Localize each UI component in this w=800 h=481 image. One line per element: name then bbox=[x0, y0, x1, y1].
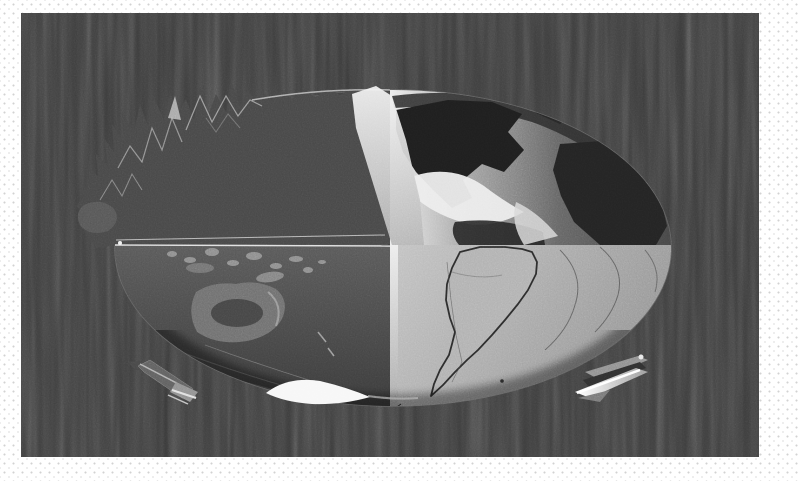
figure-dark-panel: Black-and-white halftone figure: a cutaw… bbox=[21, 13, 759, 457]
halftone-grain-texture bbox=[21, 13, 759, 457]
scanned-figure-page: Black-and-white halftone figure: a cutaw… bbox=[0, 0, 800, 481]
earth-cutaway-illustration: Black-and-white halftone figure: a cutaw… bbox=[21, 13, 759, 457]
